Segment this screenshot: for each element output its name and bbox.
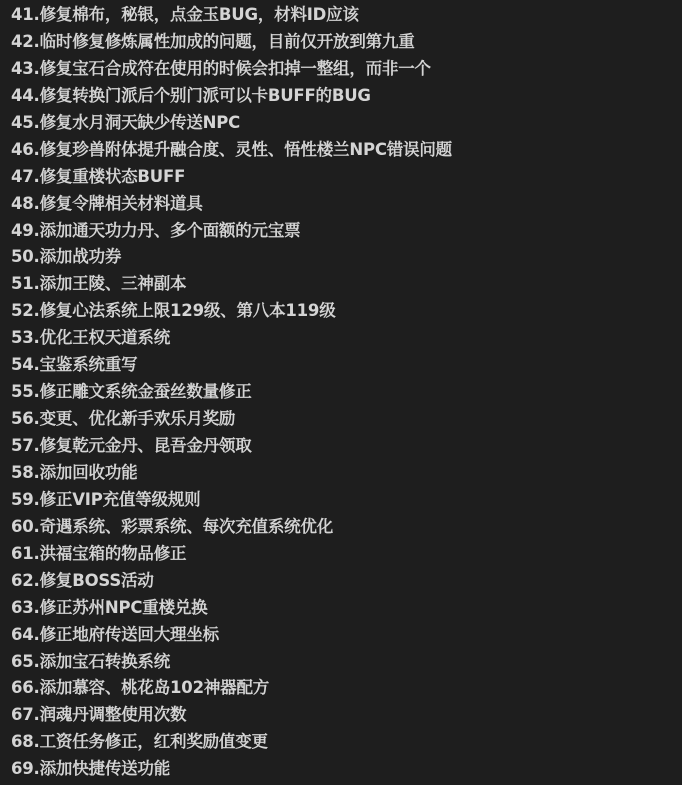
changelog-item-58: 58.添加回收功能 bbox=[11, 460, 682, 487]
changelog-item-66: 66.添加慕容、桃花岛102神器配方 bbox=[11, 675, 682, 702]
changelog-item-46: 46.修复珍兽附体提升融合度、灵性、悟性楼兰NPC错误问题 bbox=[11, 137, 682, 164]
changelog-item-56: 56.变更、优化新手欢乐月奖励 bbox=[11, 406, 682, 433]
changelog-item-69: 69.添加快捷传送功能 bbox=[11, 756, 682, 783]
changelog-list: 41.修复棉布，秘银，点金玉BUG，材料ID应该 42.临时修复修炼属性加成的问… bbox=[11, 2, 682, 783]
changelog-item-55: 55.修正雕文系统金蚕丝数量修正 bbox=[11, 379, 682, 406]
changelog-item-48: 48.修复令牌相关材料道具 bbox=[11, 191, 682, 218]
changelog-item-64: 64.修正地府传送回大理坐标 bbox=[11, 622, 682, 649]
changelog-item-44: 44.修复转换门派后个别门派可以卡BUFF的BUG bbox=[11, 83, 682, 110]
changelog-item-45: 45.修复水月洞天缺少传送NPC bbox=[11, 110, 682, 137]
changelog-item-43: 43.修复宝石合成符在使用的时候会扣掉一整组，而非一个 bbox=[11, 56, 682, 83]
changelog-item-51: 51.添加王陵、三神副本 bbox=[11, 271, 682, 298]
changelog-item-41: 41.修复棉布，秘银，点金玉BUG，材料ID应该 bbox=[11, 2, 682, 29]
changelog-item-68: 68.工资任务修正，红利奖励值变更 bbox=[11, 729, 682, 756]
changelog-item-59: 59.修正VIP充值等级规则 bbox=[11, 487, 682, 514]
changelog-item-49: 49.添加通天功力丹、多个面额的元宝票 bbox=[11, 218, 682, 245]
changelog-item-61: 61.洪福宝箱的物品修正 bbox=[11, 541, 682, 568]
changelog-item-42: 42.临时修复修炼属性加成的问题，目前仅开放到第九重 bbox=[11, 29, 682, 56]
changelog-item-54: 54.宝鉴系统重写 bbox=[11, 352, 682, 379]
changelog-item-50: 50.添加战功券 bbox=[11, 244, 682, 271]
changelog-item-62: 62.修复BOSS活动 bbox=[11, 568, 682, 595]
changelog-item-60: 60.奇遇系统、彩票系统、每次充值系统优化 bbox=[11, 514, 682, 541]
changelog-item-52: 52.修复心法系统上限129级、第八本119级 bbox=[11, 298, 682, 325]
changelog-item-65: 65.添加宝石转换系统 bbox=[11, 649, 682, 676]
changelog-item-53: 53.优化王权天道系统 bbox=[11, 325, 682, 352]
changelog-item-67: 67.润魂丹调整使用次数 bbox=[11, 702, 682, 729]
changelog-item-47: 47.修复重楼状态BUFF bbox=[11, 164, 682, 191]
changelog-item-57: 57.修复乾元金丹、昆吾金丹领取 bbox=[11, 433, 682, 460]
changelog-item-63: 63.修正苏州NPC重楼兑换 bbox=[11, 595, 682, 622]
